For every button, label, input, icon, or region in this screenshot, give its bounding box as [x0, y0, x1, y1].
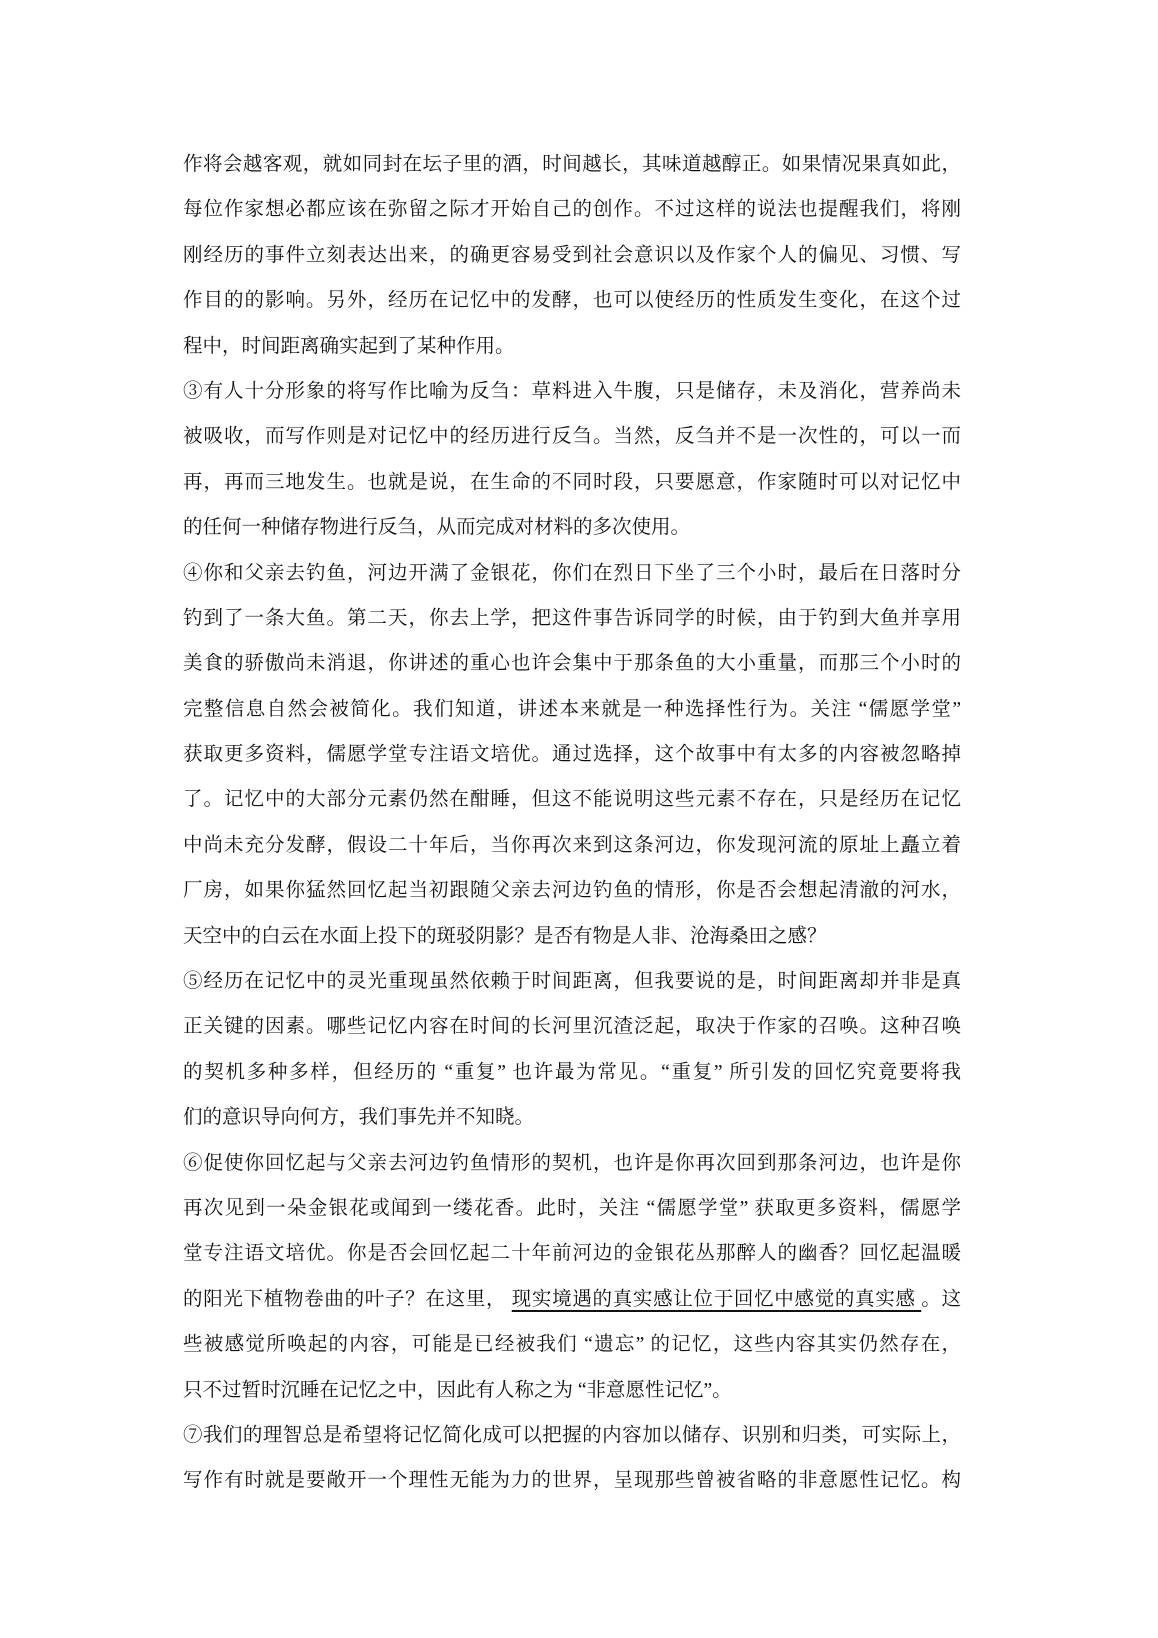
text-segment: 完整信息自然会被简化。我们知道，讲述本来就是一种选择性行为。关注 “儒愿学堂”	[183, 699, 961, 720]
text-segment: 天空中的白云在水面上投下的斑驳阴影？是否有物是人非、沧海桑田之感？	[183, 926, 827, 947]
text-segment: 堂专注语文培优。你是否会回忆起二十年前河边的金银花丛那醉人的幽香？回忆起温暖	[183, 1243, 961, 1264]
text-segment: 些被感觉所唤起的内容，可能是已经被我们 “遗忘” 的记忆，这些内容其实仍然存在，	[183, 1334, 961, 1355]
text-line: 被吸收，而写作则是对记忆中的经历进行反刍。当然，反刍并不是一次性的，可以一而	[183, 414, 961, 459]
text-segment: 的任何一种储存物进行反刍，从而完成对材料的多次使用。	[183, 517, 690, 538]
text-line: ④你和父亲去钓鱼，河边开满了金银花，你们在烈日下坐了三个小时，最后在日落时分	[183, 551, 961, 596]
text-line: 正关键的因素。哪些记忆内容在时间的长河里沉渣泛起，取决于作家的召唤。这种召唤	[183, 1004, 961, 1049]
text-segment: 刚经历的事件立刻表达出来，的确更容易受到社会意识以及作家个人的偏见、习惯、写	[183, 245, 961, 266]
text-segment: 的契机多种多样，但经历的 “重复” 也许最为常见。“重复” 所引发的回忆究竟要将…	[183, 1062, 961, 1083]
text-segment: 的阳光下植物卷曲的叶子？在这里，	[183, 1289, 512, 1310]
text-segment: 中尚未充分发酵，假设二十年后，当你再次来到这条河边，你发现河流的原址上矗立着	[183, 835, 961, 856]
text-segment: 们的意识导向何方，我们事先并不知晓。	[183, 1107, 534, 1128]
text-line: 获取更多资料，儒愿学堂专注语文培优。通过选择，这个故事中有太多的内容被忽略掉	[183, 732, 961, 777]
text-segment: 正关键的因素。哪些记忆内容在时间的长河里沉渣泛起，取决于作家的召唤。这种召唤	[183, 1016, 961, 1037]
text-line: ⑤经历在记忆中的灵光重现虽然依赖于时间距离，但我要说的是，时间距离却并非是真	[183, 959, 961, 1004]
text-segment: 只不过暂时沉睡在记忆之中，因此有人称之为 “非意愿性记忆”。	[183, 1380, 732, 1401]
text-line: 作将会越客观，就如同封在坛子里的酒，时间越长，其味道越醇正。如果情况果真如此，	[183, 142, 961, 187]
text-segment: 每位作家想必都应该在弥留之际才开始自己的创作。不过这样的说法也提醒我们，将刚	[183, 199, 961, 220]
text-segment: 厂房，如果你猛然回忆起当初跟随父亲去河边钓鱼的情形，你是否会想起清澈的河水，	[183, 880, 961, 901]
document-page: 作将会越客观，就如同封在坛子里的酒，时间越长，其味道越醇正。如果情况果真如此，每…	[0, 0, 1158, 1638]
text-line: 的阳光下植物卷曲的叶子？在这里， 现实境遇的真实感让位于回忆中感觉的真实感 。这	[183, 1277, 961, 1322]
text-line: 厂房，如果你猛然回忆起当初跟随父亲去河边钓鱼的情形，你是否会想起清澈的河水，	[183, 868, 961, 913]
text-line: 的契机多种多样，但经历的 “重复” 也许最为常见。“重复” 所引发的回忆究竟要将…	[183, 1050, 961, 1095]
text-segment: 美食的骄傲尚未消退，你讲述的重心也许会集中于那条鱼的大小重量，而那三个小时的	[183, 653, 961, 674]
text-line: 每位作家想必都应该在弥留之际才开始自己的创作。不过这样的说法也提醒我们，将刚	[183, 187, 961, 232]
text-line: 钓到了一条大鱼。第二天，你去上学，把这件事告诉同学的时候，由于钓到大鱼并享用	[183, 596, 961, 641]
text-segment: 作将会越客观，就如同封在坛子里的酒，时间越长，其味道越醇正。如果情况果真如此，	[183, 154, 961, 175]
text-line: 作目的的影响。另外，经历在记忆中的发酵，也可以使经历的性质发生变化，在这个过	[183, 278, 961, 323]
text-segment: 再次见到一朵金银花或闻到一缕花香。此时，关注 “儒愿学堂” 获取更多资料，儒愿学	[183, 1198, 961, 1219]
text-segment: 获取更多资料，儒愿学堂专注语文培优。通过选择，这个故事中有太多的内容被忽略掉	[183, 744, 961, 765]
text-segment: 钓到了一条大鱼。第二天，你去上学，把这件事告诉同学的时候，由于钓到大鱼并享用	[183, 608, 961, 629]
document-text: 作将会越客观，就如同封在坛子里的酒，时间越长，其味道越醇正。如果情况果真如此，每…	[183, 142, 961, 1504]
text-segment: ③有人十分形象的将写作比喻为反刍：草料进入牛腹，只是储存，未及消化，营养尚未	[183, 381, 961, 402]
text-segment: 了。记忆中的大部分元素仍然在酣睡，但这不能说明这些元素不存在，只是经历在记忆	[183, 789, 961, 810]
text-line: 只不过暂时沉睡在记忆之中，因此有人称之为 “非意愿性记忆”。	[183, 1368, 961, 1413]
text-line: 再次见到一朵金银花或闻到一缕花香。此时，关注 “儒愿学堂” 获取更多资料，儒愿学	[183, 1186, 961, 1231]
text-segment: ⑦我们的理智总是希望将记忆简化成可以把握的内容加以储存、识别和归类，可实际上，	[183, 1425, 961, 1446]
text-line: ⑦我们的理智总是希望将记忆简化成可以把握的内容加以储存、识别和归类，可实际上，	[183, 1413, 961, 1458]
text-segment: ⑥促使你回忆起与父亲去河边钓鱼情形的契机，也许是你再次回到那条河边，也许是你	[183, 1153, 961, 1174]
text-line: 再，再而三地发生。也就是说，在生命的不同时段，只要愿意，作家随时可以对记忆中	[183, 460, 961, 505]
text-line: 的任何一种储存物进行反刍，从而完成对材料的多次使用。	[183, 505, 961, 550]
text-line: 完整信息自然会被简化。我们知道，讲述本来就是一种选择性行为。关注 “儒愿学堂”	[183, 687, 961, 732]
text-segment: 被吸收，而写作则是对记忆中的经历进行反刍。当然，反刍并不是一次性的，可以一而	[183, 426, 961, 447]
text-segment: ⑤经历在记忆中的灵光重现虽然依赖于时间距离，但我要说的是，时间距离却并非是真	[183, 971, 961, 992]
text-line: 中尚未充分发酵，假设二十年后，当你再次来到这条河边，你发现河流的原址上矗立着	[183, 823, 961, 868]
text-line: 们的意识导向何方，我们事先并不知晓。	[183, 1095, 961, 1140]
text-segment: 写作有时就是要敞开一个理性无能为力的世界，呈现那些曾被省略的非意愿性记忆。构	[183, 1470, 961, 1491]
underlined-phrase: 现实境遇的真实感让位于回忆中感觉的真实感	[512, 1289, 922, 1310]
text-line: 些被感觉所唤起的内容，可能是已经被我们 “遗忘” 的记忆，这些内容其实仍然存在，	[183, 1322, 961, 1367]
text-segment: 作目的的影响。另外，经历在记忆中的发酵，也可以使经历的性质发生变化，在这个过	[183, 290, 961, 311]
text-line: 刚经历的事件立刻表达出来，的确更容易受到社会意识以及作家个人的偏见、习惯、写	[183, 233, 961, 278]
text-segment: 程中，时间距离确实起到了某种作用。	[183, 336, 515, 357]
text-segment: 。这	[921, 1289, 961, 1310]
text-line: 了。记忆中的大部分元素仍然在酣睡，但这不能说明这些元素不存在，只是经历在记忆	[183, 777, 961, 822]
text-line: 天空中的白云在水面上投下的斑驳阴影？是否有物是人非、沧海桑田之感？	[183, 914, 961, 959]
text-line: ③有人十分形象的将写作比喻为反刍：草料进入牛腹，只是储存，未及消化，营养尚未	[183, 369, 961, 414]
text-line: 美食的骄傲尚未消退，你讲述的重心也许会集中于那条鱼的大小重量，而那三个小时的	[183, 641, 961, 686]
text-segment: ④你和父亲去钓鱼，河边开满了金银花，你们在烈日下坐了三个小时，最后在日落时分	[183, 563, 961, 584]
text-segment: 再，再而三地发生。也就是说，在生命的不同时段，只要愿意，作家随时可以对记忆中	[183, 472, 961, 493]
text-line: 堂专注语文培优。你是否会回忆起二十年前河边的金银花丛那醉人的幽香？回忆起温暖	[183, 1231, 961, 1276]
text-line: 程中，时间距离确实起到了某种作用。	[183, 324, 961, 369]
text-line: 写作有时就是要敞开一个理性无能为力的世界，呈现那些曾被省略的非意愿性记忆。构	[183, 1458, 961, 1503]
text-line: ⑥促使你回忆起与父亲去河边钓鱼情形的契机，也许是你再次回到那条河边，也许是你	[183, 1141, 961, 1186]
